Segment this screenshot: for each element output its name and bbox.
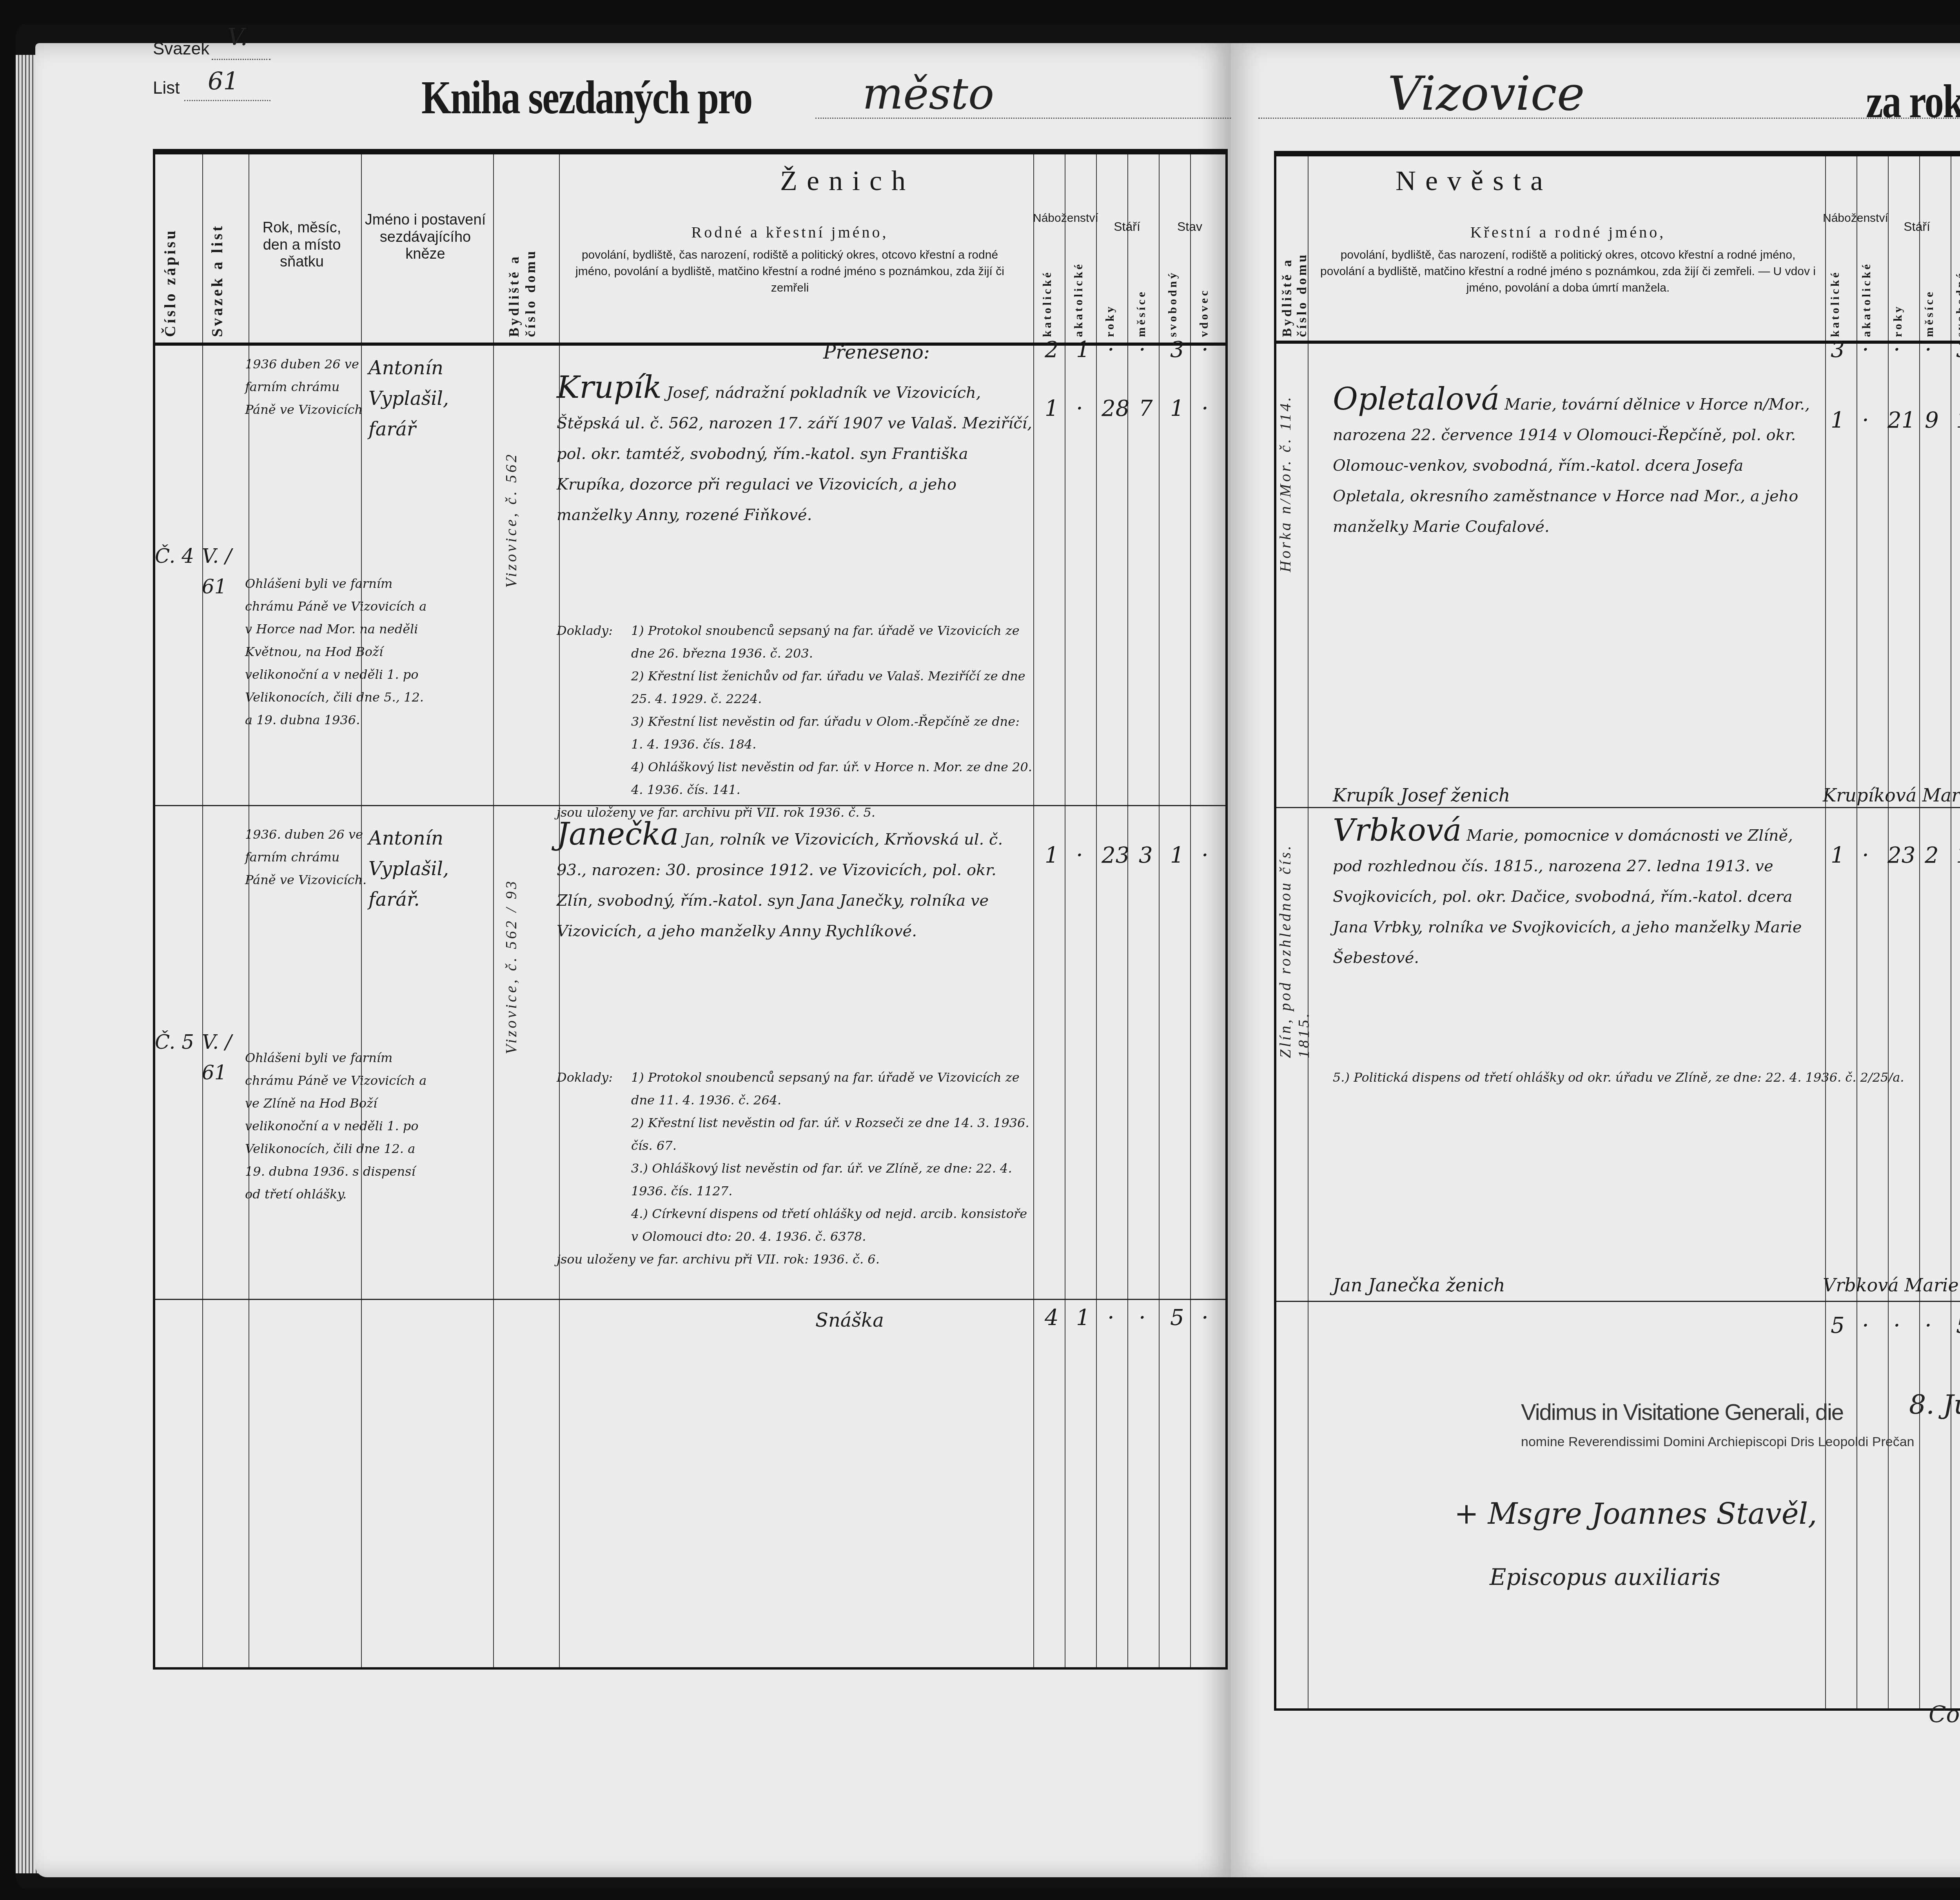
commissioner-title: Commissarius Visitationis xyxy=(1929,1701,1960,1728)
col-katolicke-bride: katolické xyxy=(1829,267,1842,337)
carried-groom-katolicke: 2 xyxy=(1045,337,1059,363)
totals-groom-svobodny: 5 xyxy=(1170,1305,1184,1331)
groom-age-months: 7 xyxy=(1139,396,1153,421)
col-svazek-a-list: Svazek a list xyxy=(208,219,226,337)
col-jmeno-title: Křestní a rodné jméno, xyxy=(1317,223,1819,241)
groom-svobodny: 1 xyxy=(1170,396,1184,421)
col-katolicke-groom: katolické xyxy=(1041,267,1054,337)
col-jmeno-desc: povolání, bydliště, čas narození, rodišt… xyxy=(1317,247,1819,296)
bride-svobodna: 1 xyxy=(1956,408,1960,433)
col-bydliste-groom: Bydliště a číslo domu xyxy=(506,219,539,337)
totals-bride-akatolicke: · xyxy=(1862,1313,1869,1338)
title-dotline-left xyxy=(815,118,1231,119)
entry-priest: Antonín Vyplašil, farář xyxy=(368,353,486,444)
groom-akatolicke: · xyxy=(1076,843,1083,868)
bride-surname: Opletalová xyxy=(1333,382,1499,417)
title-dotline-right xyxy=(1258,118,1960,119)
carried-groom-akatolicke: 1 xyxy=(1076,337,1090,363)
col-nabozenstvi-groom: Náboženství xyxy=(1033,212,1096,225)
col-divider xyxy=(1888,156,1889,1708)
bishop-name: + Msgre Joannes Stavěl, xyxy=(1454,1497,1817,1531)
col-rodne-jmeno-desc: povolání, bydliště, čas narození, rodišt… xyxy=(564,247,1015,296)
col-mesice-groom: měsíce xyxy=(1135,282,1148,337)
doc-item: 3.) Ohláškový list nevěstin od far. úř. … xyxy=(631,1157,1035,1202)
doc-item: 2) Křestní list ženichův od far. úřadu v… xyxy=(631,665,1035,710)
groom-age-months: 3 xyxy=(1139,843,1153,868)
totals-bride-mesice: · xyxy=(1925,1313,1932,1338)
col-vdovec: vdovec xyxy=(1198,274,1211,337)
col-stari-groom: Stáří xyxy=(1096,219,1158,234)
col-bydliste-bride: Bydliště a číslo domu xyxy=(1280,227,1310,337)
doc-item: 1) Protokol snoubenců sepsaný na far. úř… xyxy=(631,1066,1035,1111)
title-place: Vizovice xyxy=(1388,67,1585,121)
col-divider xyxy=(1127,154,1128,1667)
col-rok-mesic: Rok, měsíc, den a místo sňatku xyxy=(251,219,353,271)
col-cislo-zapisu: Číslo zápisu xyxy=(161,212,179,337)
carried-bride-svobodna: 3 xyxy=(1956,337,1960,363)
entry-date-place: 1936. duben 26 ve farním chrámu Páně ve … xyxy=(245,823,370,891)
col-divider xyxy=(1159,154,1160,1667)
bride-extra-doc: 5.) Politická dispens od třetí ohlášky o… xyxy=(1333,1066,1960,1089)
docs-label: Doklady: xyxy=(557,623,613,638)
col-nabozenstvi-bride: Náboženství xyxy=(1823,212,1886,225)
bride-signature: Vrbková Marie nevěsta xyxy=(1823,1270,1960,1300)
col-divider xyxy=(1951,156,1951,1708)
bride-signature: Krupíková Marie nevěsta xyxy=(1823,780,1960,810)
groom-surname: Janečka xyxy=(557,817,679,852)
col-divider xyxy=(1825,156,1826,1708)
totals-groom-mesice: · xyxy=(1139,1305,1146,1331)
groom-age-years: 23 xyxy=(1102,843,1129,868)
title-place-type: město xyxy=(862,69,994,119)
groom-katolicke: 1 xyxy=(1045,843,1059,868)
bishop-title: Episcopus auxiliaris xyxy=(1490,1564,1720,1590)
nevesta-heading: Nevěsta xyxy=(1396,165,1552,197)
carried-groom-roky: · xyxy=(1107,337,1114,363)
col-divider xyxy=(1065,154,1065,1667)
bride-residence: Horka n/Mor. č. 114. xyxy=(1276,353,1294,572)
bride-svobodna: 1 xyxy=(1956,843,1960,868)
page-title: Kniha sezdaných pro xyxy=(421,71,752,125)
doc-item: 2) Křestní list nevěstin od far. úř. v R… xyxy=(631,1111,1035,1157)
col-divider xyxy=(1096,154,1097,1667)
groom-svobodny: 1 xyxy=(1170,843,1184,868)
carried-groom-svobodny: 3 xyxy=(1170,337,1184,363)
col-divider xyxy=(202,154,203,1667)
groom-akatolicke: · xyxy=(1076,396,1083,421)
groom-residence: Vizovice, č. 562 xyxy=(502,368,520,588)
svazek-value: V. xyxy=(227,24,248,51)
stamp-line-2: nomine Reverendissimi Domini Archiepisco… xyxy=(1521,1434,1914,1450)
entry-number: Č. 4 xyxy=(155,541,194,571)
doc-item: 1) Protokol snoubenců sepsaný na far. úř… xyxy=(631,619,1035,665)
totals-groom-roky: · xyxy=(1107,1305,1114,1331)
svazek-label: Svazek xyxy=(153,39,209,59)
entry-priest: Antonín Vyplašil, farář. xyxy=(368,823,486,915)
col-svobodny: svobodný xyxy=(1166,267,1180,337)
carried-bride-katolicke: 3 xyxy=(1831,337,1845,363)
col-divider xyxy=(493,154,494,1667)
doc-item: 4.) Církevní dispens od třetí ohlášky od… xyxy=(631,1202,1035,1248)
col-mesice-bride: měsíce xyxy=(1923,282,1936,337)
bride-residence: Zlín, pod rozhlednou čís. 1815. xyxy=(1276,823,1313,1058)
col-divider xyxy=(1857,156,1857,1708)
bride-akatolicke: · xyxy=(1862,843,1869,868)
bride-akatolicke: · xyxy=(1862,408,1869,433)
col-stav-bride: Stav xyxy=(1948,219,1960,234)
entry-divider xyxy=(1276,1301,1960,1302)
col-stav-groom: Stav xyxy=(1158,219,1221,234)
header-bottom-rule xyxy=(155,343,1225,346)
bride-age-years: 23 xyxy=(1887,843,1915,868)
docs-archive: jsou uloženy ve far. archivu při VII. ro… xyxy=(557,1248,1035,1271)
carried-bride-mesice: · xyxy=(1925,337,1932,363)
col-jmeno-knize: Jméno i postavení sezdávajícího kněze xyxy=(363,212,488,263)
list-value: 61 xyxy=(208,67,239,95)
entry-date-place: 1936 duben 26 ve farním chrámu Páně ve V… xyxy=(245,353,370,421)
totals-bride-katolicke: 5 xyxy=(1831,1313,1845,1338)
entry-divider xyxy=(155,1299,1225,1300)
totals-groom-akatolicke: 1 xyxy=(1076,1305,1090,1331)
carried-bride-akatolicke: · xyxy=(1862,337,1869,363)
carried-bride-roky: · xyxy=(1893,337,1900,363)
groom-residence: Vizovice, č. 562 / 93 xyxy=(502,835,520,1054)
col-divider xyxy=(1190,154,1191,1667)
year-label: za rok 19 xyxy=(1866,74,1960,129)
totals-label: Snáška xyxy=(815,1305,884,1336)
groom-vdovec: · xyxy=(1201,843,1209,868)
docs-label: Doklady: xyxy=(557,1070,613,1085)
groom-signature: Krupík Josef ženich xyxy=(1333,780,1510,810)
groom-surname: Krupík xyxy=(557,370,662,405)
entry-svazek-list: V. / 61 xyxy=(202,541,245,602)
header-bottom-rule xyxy=(1276,341,1960,344)
groom-vdovec: · xyxy=(1201,396,1209,421)
stamp-line-1: Vidimus in Visitatione Generali, die xyxy=(1521,1399,1843,1425)
doc-item: 4) Ohláškový list nevěstin od far. úř. v… xyxy=(631,756,1035,801)
carried-groom-vdovec: · xyxy=(1201,337,1209,363)
totals-groom-vdovec: · xyxy=(1201,1305,1209,1331)
bride-surname: Vrbková xyxy=(1333,813,1461,848)
bride-age-months: 9 xyxy=(1925,408,1939,433)
groom-katolicke: 1 xyxy=(1045,396,1059,421)
groom-documents: Doklady: 1) Protokol snoubenců sepsaný n… xyxy=(557,1066,1035,1271)
visitation-date: 8. Junii 1936 xyxy=(1909,1389,1960,1420)
list-label: List xyxy=(153,78,180,98)
col-stari-bride: Stáří xyxy=(1886,219,1948,234)
col-divider xyxy=(1919,156,1920,1708)
entry-banns: Ohlášeni byli ve farním chrámu Páně ve V… xyxy=(245,1046,429,1206)
totals-bride-svobodna: 5 xyxy=(1956,1313,1960,1338)
groom-signature: Jan Janečka ženich xyxy=(1333,1270,1505,1300)
svazek-dotline xyxy=(212,59,270,60)
carried-groom-mesice: · xyxy=(1139,337,1146,363)
groom-age-years: 28 xyxy=(1102,396,1129,421)
col-roky-groom: roky xyxy=(1103,290,1117,337)
groom-documents: Doklady: 1) Protokol snoubenců sepsaný n… xyxy=(557,619,1035,824)
list-dotline xyxy=(184,100,270,101)
col-akatolicke-bride: akatolické xyxy=(1860,267,1873,337)
doc-item: 3) Křestní list nevěstin od far. úřadu v… xyxy=(631,710,1035,756)
col-rodne-jmeno-title: Rodné a křestní jméno, xyxy=(564,223,1015,241)
entry-banns: Ohlášeni byli ve farním chrámu Páně ve V… xyxy=(245,572,429,731)
col-svobodna: svobodná xyxy=(1954,267,1960,337)
entry-number: Č. 5 xyxy=(155,1027,194,1057)
entry-svazek-list: V. / 61 xyxy=(202,1027,245,1088)
bride-katolicke: 1 xyxy=(1831,843,1845,868)
bride-katolicke: 1 xyxy=(1831,408,1845,433)
totals-groom-katolicke: 4 xyxy=(1045,1305,1059,1331)
col-akatolicke-groom: akatolické xyxy=(1072,267,1085,337)
bride-age-years: 21 xyxy=(1887,408,1915,433)
carried-over-label: Přeneseno: xyxy=(823,337,930,368)
col-roky-bride: roky xyxy=(1891,290,1905,337)
totals-bride-roky: · xyxy=(1893,1313,1900,1338)
bride-age-months: 2 xyxy=(1925,843,1939,868)
zenich-heading: Ženich xyxy=(780,165,915,197)
